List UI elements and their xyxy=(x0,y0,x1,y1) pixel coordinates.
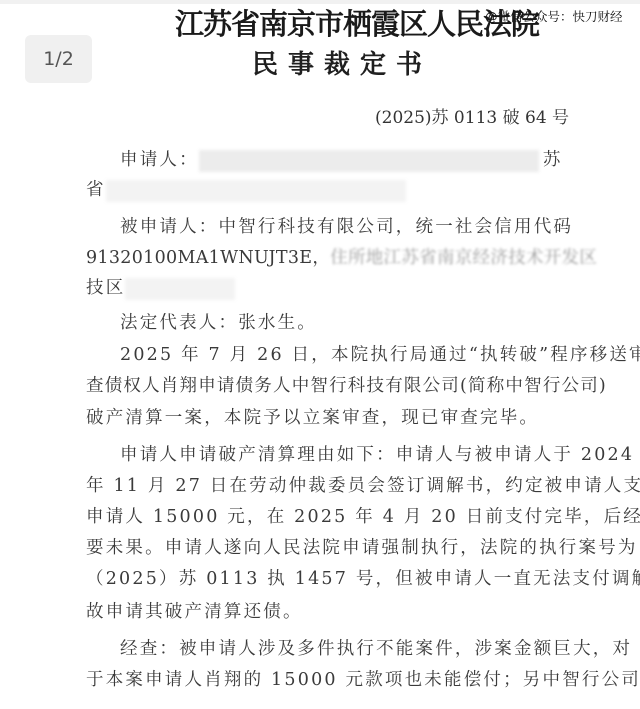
respondent-line3-head: 技区 xyxy=(86,278,125,298)
applicant-line-1: 申请人：苏 xyxy=(120,145,620,175)
page-indicator-badge: 1/2 xyxy=(25,35,92,83)
legal-representative: 法定代表人：张水生。 xyxy=(120,308,620,338)
paragraph-2-line-2: 年 11 月 27 日在劳动仲裁委员会签订调解书，约定被申请人支付 xyxy=(86,471,620,501)
applicant-line-2: 省 xyxy=(86,175,620,205)
respondent-line-2: 91320100MA1WNUJT3E，住所地江苏省南京经济技术开发区 xyxy=(86,243,620,273)
document-type-heading: 民事裁定书 xyxy=(252,44,432,81)
paragraph-1-line-1: 2025 年 7 月 26 日，本院执行局通过“执转破”程序移送审 xyxy=(120,340,620,370)
paragraph-2-line-1: 申请人申请破产清算理由如下：申请人与被申请人于 2024 xyxy=(120,440,620,470)
respondent-address-fragment: 住所地江苏省南京经济技术开发区 xyxy=(330,248,597,268)
paragraph-2-line-4: 要未果。申请人遂向人民法院申请强制执行，法院的执行案号为 xyxy=(86,533,620,563)
paragraph-2-line-3: 申请人 15000 元，在 2025 年 4 月 20 日前支付完毕，后经多次催 xyxy=(86,502,620,532)
redacted-block xyxy=(125,278,235,300)
paragraph-2-line-5: （2025）苏 0113 执 1457 号，但被申请人一直无法支付调解款项， xyxy=(86,564,620,594)
respondent-label: 被申请人： xyxy=(120,217,219,237)
paragraph-1-line-3: 破产清算一案，本院予以立案审查，现已审查完毕。 xyxy=(86,403,620,433)
paragraph-1-line-2: 查债权人肖翔申请债务人中智行科技有限公司(简称中智行公司) xyxy=(86,371,620,401)
paragraph-3-line-2: 于本案申请人肖翔的 15000 元款项也未能偿付；另中智行公司不 xyxy=(86,665,620,695)
page-indicator-text: 1/2 xyxy=(43,48,74,70)
paragraph-3-line-1: 经查：被申请人涉及多件执行不能案件，涉案金额巨大，对 xyxy=(120,634,620,664)
respondent-line-3: 技区 xyxy=(86,273,620,303)
applicant-line1-tail: 苏 xyxy=(543,150,563,170)
respondent-line-1: 被申请人：中智行科技有限公司，统一社会信用代码 xyxy=(120,212,620,242)
redacted-block xyxy=(106,180,406,202)
credit-code: 91320100MA1WNUJT3E， xyxy=(86,248,330,268)
respondent-name: 中智行科技有限公司，统一社会信用代码 xyxy=(219,217,574,237)
applicant-line2-head: 省 xyxy=(86,180,106,200)
source-watermark: @微信公众号：快刀财经 xyxy=(485,7,623,25)
redacted-block xyxy=(199,150,539,172)
applicant-label: 申请人： xyxy=(120,150,199,170)
paragraph-2-line-6: 故申请其破产清算还债。 xyxy=(86,597,620,627)
case-number: (2025)苏 0113 破 64 号 xyxy=(375,103,569,128)
